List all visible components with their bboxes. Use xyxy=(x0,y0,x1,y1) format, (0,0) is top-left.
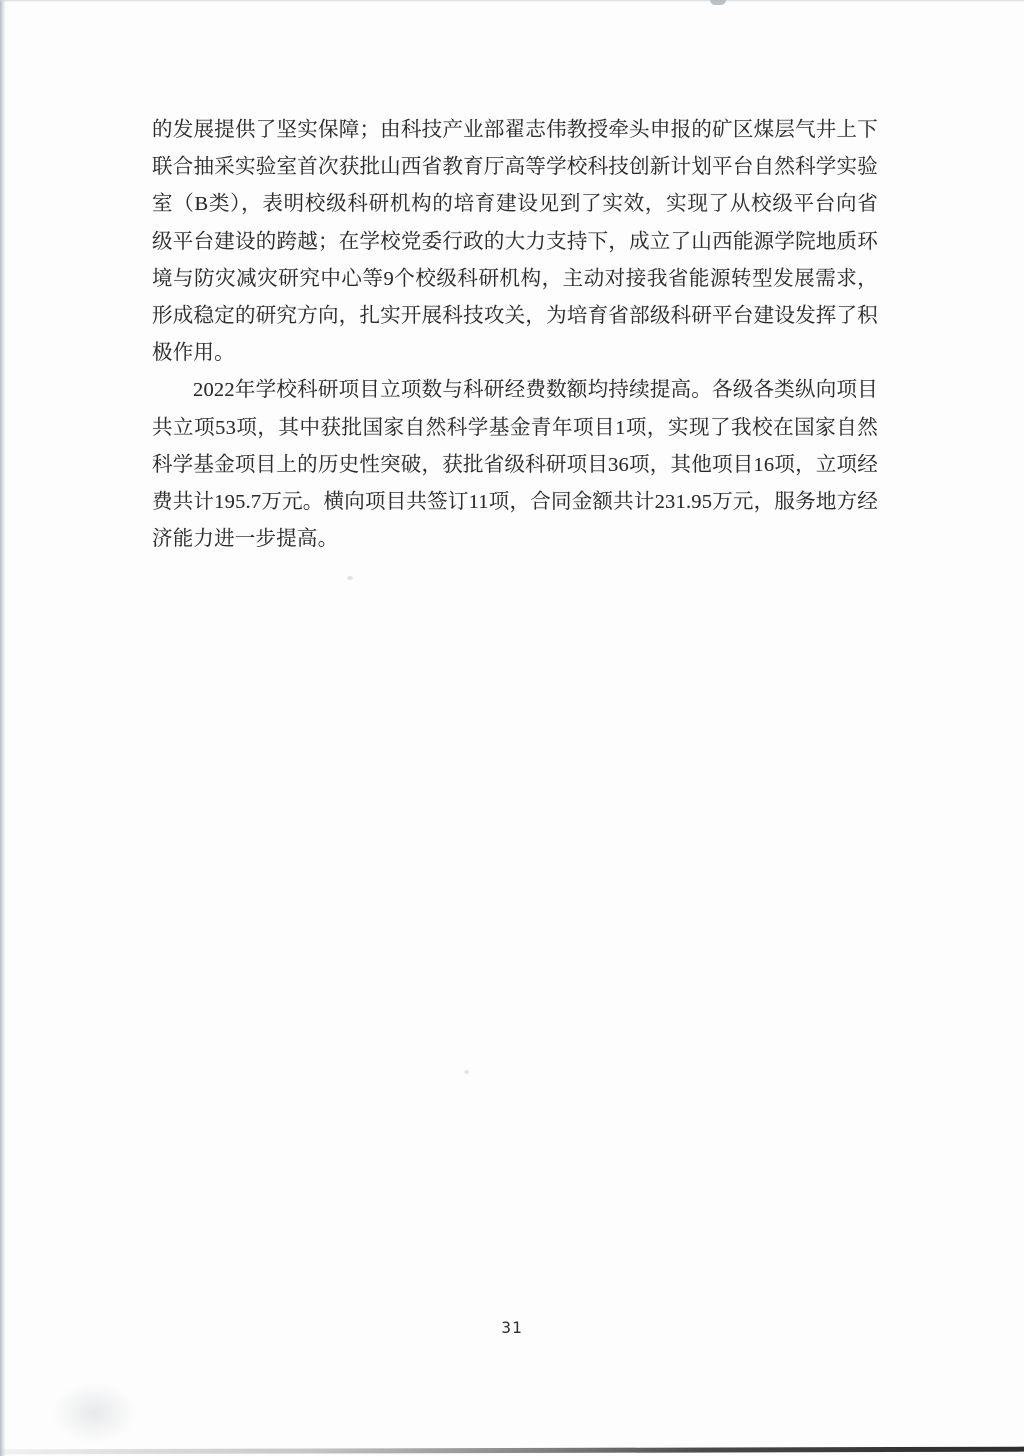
scan-shadow-bottom xyxy=(0,1447,1024,1455)
page-body: 的发展提供了坚实保障；由科技产业部翟志伟教授牵头申报的矿区煤层气井上下联合抽采实… xyxy=(152,112,878,558)
scanned-document-page: 的发展提供了坚实保障；由科技产业部翟志伟教授牵头申报的矿区煤层气井上下联合抽采实… xyxy=(0,0,1024,1456)
scan-edge-top xyxy=(0,0,1024,2)
paragraph-research-projects: 2022年学校科研项目立项数与科研经费数额均持续提高。各级各类纵向项目共立项53… xyxy=(152,372,878,558)
scan-edge-left xyxy=(0,0,6,1456)
scan-speck xyxy=(347,576,353,580)
page-number: 31 xyxy=(0,1318,1024,1337)
scan-speck xyxy=(464,1070,469,1074)
paragraph-continuation: 的发展提供了坚实保障；由科技产业部翟志伟教授牵头申报的矿区煤层气井上下联合抽采实… xyxy=(152,112,878,372)
scan-notch-top xyxy=(710,0,726,5)
scan-smudge-bottom-left xyxy=(52,1382,137,1444)
